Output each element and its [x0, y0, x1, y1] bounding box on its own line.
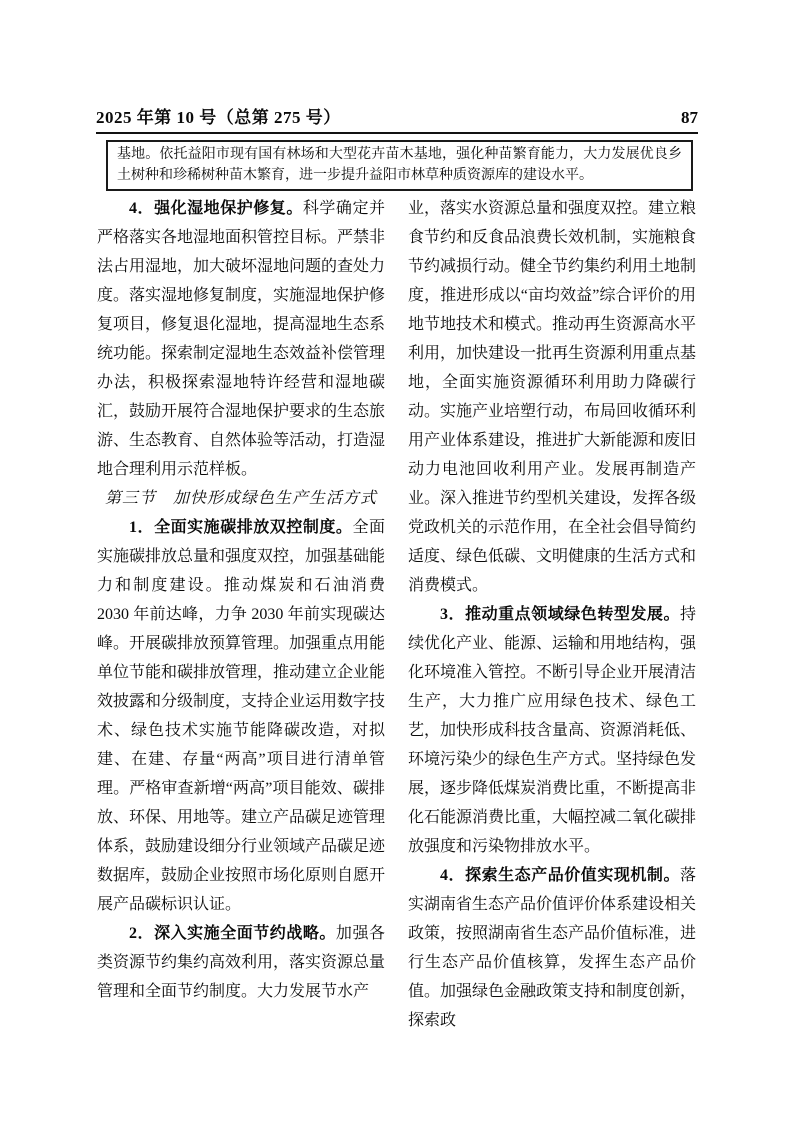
paragraph-lead: 1．全面实施碳排放双控制度。 [129, 519, 352, 536]
paragraph-continuation: 业，落实水资源总量和强度双控。建立粮食节约和反食品浪费长效机制，实施粮食节约减损… [408, 194, 696, 600]
carryover-text: 基地。依托益阳市现有国有林场和大型花卉苗木基地，强化种苗繁育能力，大力发展优良乡… [117, 147, 682, 183]
paragraph: 3．推动重点领域绿色转型发展。持续优化产业、能源、运输和用地结构，强化环境准入管… [408, 600, 696, 861]
paragraph-lead: 4．强化湿地保护修复。 [129, 200, 303, 217]
right-column: 业，落实水资源总量和强度双控。建立粮食节约和反食品浪费长效机制，实施粮食节约减损… [408, 194, 696, 1035]
issue-label: 2025 年第 10 号（总第 275 号） [96, 106, 341, 130]
paragraph: 4．强化湿地保护修复。科学确定并严格落实各地湿地面积管控目标。严禁非法占用湿地，… [97, 194, 385, 484]
paragraph-lead: 3．推动重点领域绿色转型发展。 [440, 606, 680, 623]
carryover-text-box: 基地。依托益阳市现有国有林场和大型花卉苗木基地，强化种苗繁育能力，大力发展优良乡… [106, 140, 693, 191]
paragraph-text: 业，落实水资源总量和强度双控。建立粮食节约和反食品浪费长效机制，实施粮食节约减损… [408, 200, 696, 594]
paragraph: 4．探索生态产品价值实现机制。落实湖南省生态产品价值评价体系建设相关政策，按照湖… [408, 861, 696, 1035]
paragraph-text: 全面实施碳排放总量和强度双控，加强基础能力和制度建设。推动煤炭和石油消费 203… [97, 519, 385, 913]
paragraph-text: 科学确定并严格落实各地湿地面积管控目标。严禁非法占用湿地，加大破坏湿地问题的查处… [97, 200, 385, 478]
paragraph-text: 落实湖南省生态产品价值评价体系建设相关政策，按照湖南省生态产品价值标准，进行生态… [408, 867, 696, 1029]
paragraph: 2．深入实施全面节约战略。加强各类资源节约集约高效利用，落实资源总量管理和全面节… [97, 919, 385, 1006]
page-number: 87 [681, 106, 698, 130]
two-column-body: 4．强化湿地保护修复。科学确定并严格落实各地湿地面积管控目标。严禁非法占用湿地，… [97, 194, 697, 1035]
section-heading: 第三节 加快形成绿色生产生活方式 [97, 484, 385, 513]
gazette-page: 2025 年第 10 号（总第 275 号） 87 基地。依托益阳市现有国有林场… [0, 0, 794, 1122]
left-column: 4．强化湿地保护修复。科学确定并严格落实各地湿地面积管控目标。严禁非法占用湿地，… [97, 194, 385, 1035]
paragraph-text: 持续优化产业、能源、运输和用地结构，强化环境准入管控。不断引导企业开展清洁生产，… [408, 606, 696, 855]
running-head: 2025 年第 10 号（总第 275 号） 87 [96, 106, 698, 134]
paragraph-lead: 2．深入实施全面节约战略。 [129, 925, 336, 942]
paragraph-lead: 4．探索生态产品价值实现机制。 [440, 867, 680, 884]
paragraph: 1．全面实施碳排放双控制度。全面实施碳排放总量和强度双控，加强基础能力和制度建设… [97, 513, 385, 919]
